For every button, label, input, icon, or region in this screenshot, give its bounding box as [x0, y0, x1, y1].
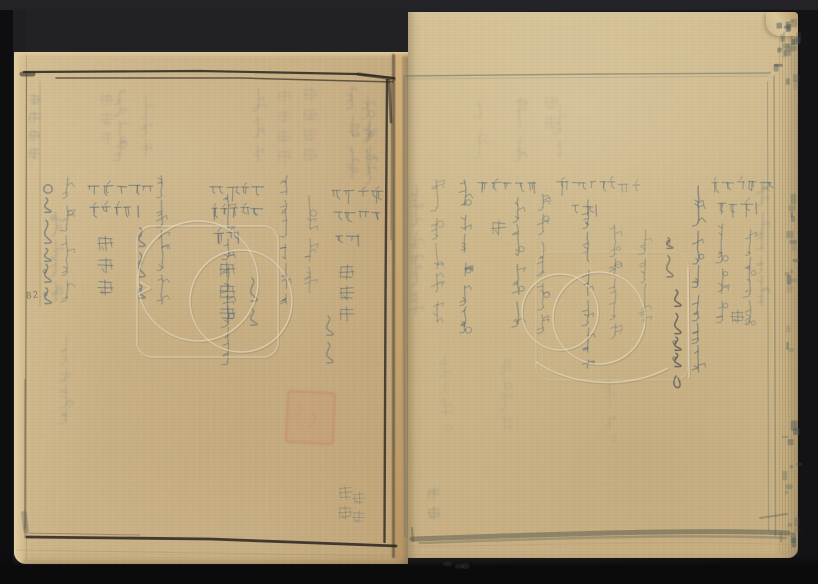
penciled-page-number: 82 — [26, 290, 40, 301]
gutter-fold-highlight — [396, 54, 402, 560]
left-page-top-edge — [14, 52, 408, 58]
page-edge-stack-right — [779, 14, 798, 554]
page-edge-stack-left — [14, 52, 27, 564]
gutter-shadow — [392, 54, 395, 558]
top-right-corner-curl — [766, 12, 798, 36]
book-scan-photo: 82 — [0, 0, 818, 584]
right-page — [408, 12, 798, 558]
left-page — [14, 52, 408, 564]
